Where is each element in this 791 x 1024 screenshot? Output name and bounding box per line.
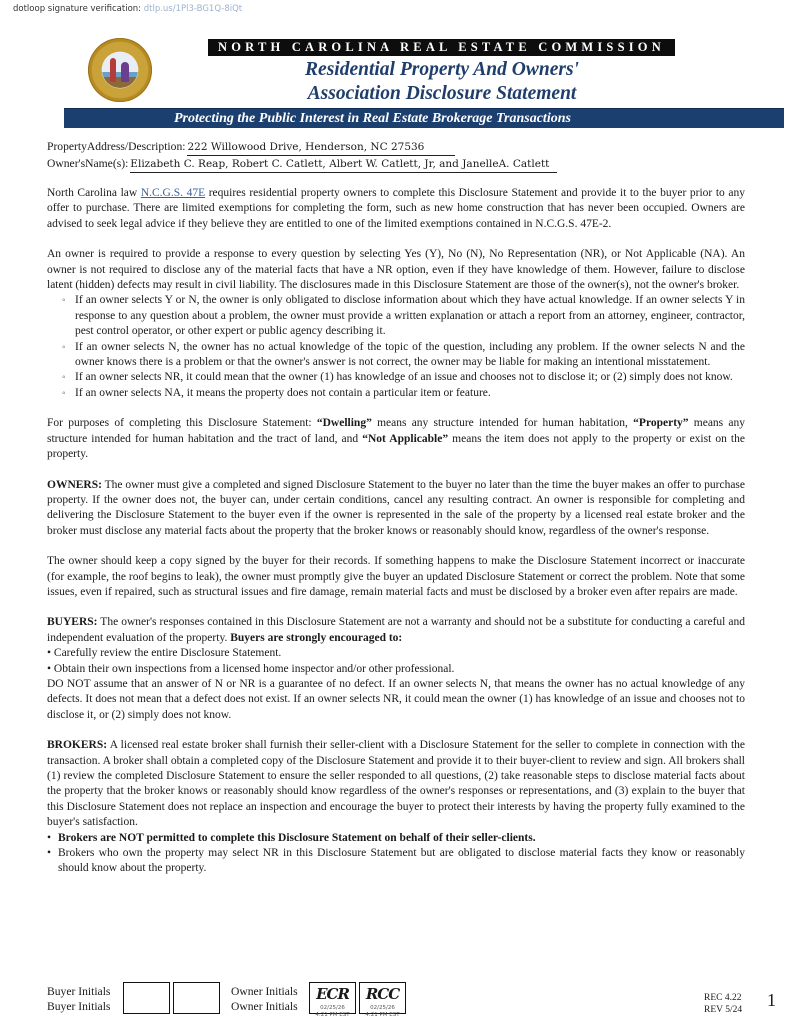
list-item: Brokers are NOT permitted to complete th… bbox=[58, 831, 745, 846]
address-row: PropertyAddress/Description: 222 Willowo… bbox=[47, 139, 557, 156]
brokers-text: A licensed real estate broker shall furn… bbox=[47, 739, 745, 828]
list-item: If an owner selects Y or N, the owner is… bbox=[75, 293, 745, 339]
owner-signature-initials: ECR bbox=[310, 983, 355, 1005]
title-line-1: Residential Property And Owners' bbox=[200, 58, 684, 82]
brokers-heading: BROKERS: bbox=[47, 739, 107, 751]
term-not-applicable: “Not Applicable” bbox=[362, 433, 448, 445]
buyers-emphasis: Buyers are strongly encouraged to: bbox=[230, 632, 402, 644]
form-code: REC 4.22 bbox=[704, 992, 742, 1004]
list-item: If an owner selects NR, it could mean th… bbox=[75, 370, 745, 385]
list-item-text: Carefully review the entire Disclosure S… bbox=[54, 647, 281, 659]
statute-link[interactable]: N.C.G.S. 47E bbox=[141, 187, 205, 199]
buyer-initials-label: Buyer Initials bbox=[47, 984, 110, 999]
intro-text-pre: North Carolina law bbox=[47, 187, 141, 199]
owner-initials-labels: Owner Initials Owner Initials bbox=[231, 984, 298, 1014]
definitions-paragraph: For purposes of completing this Disclosu… bbox=[47, 416, 745, 462]
form-revision: REC 4.22 REV 5/24 bbox=[704, 992, 742, 1016]
owners-text: The owner must give a completed and sign… bbox=[47, 479, 745, 537]
owner-initials-label: Owner Initials bbox=[231, 984, 298, 999]
buyers-warning: DO NOT assume that an answer of N or NR … bbox=[47, 677, 745, 723]
seal-center bbox=[102, 52, 138, 88]
signature-timestamp: 02/25/26 4:21 PM EST bbox=[308, 1005, 357, 1019]
owner-initials-box-2[interactable]: RCC 02/25/26 4:21 PM EST bbox=[359, 982, 406, 1014]
buyer-initials-labels: Buyer Initials Buyer Initials bbox=[47, 984, 110, 1014]
buyers-heading: BUYERS: bbox=[47, 616, 97, 628]
list-item: If an owner selects N, the owner has no … bbox=[75, 340, 745, 371]
list-item: • Carefully review the entire Disclosure… bbox=[47, 646, 745, 661]
owner-signature-initials: RCC bbox=[360, 983, 405, 1005]
tagline-bar: Protecting the Public Interest in Real E… bbox=[64, 108, 784, 128]
list-item: If an owner selects NA, it means the pro… bbox=[75, 386, 745, 401]
responses-paragraph: An owner is required to provide a respon… bbox=[47, 247, 745, 293]
document-body: North Carolina law N.C.G.S. 47E requires… bbox=[47, 186, 745, 877]
revision-date: REV 5/24 bbox=[704, 1004, 742, 1016]
list-item-text: Obtain their own inspections from a lice… bbox=[54, 663, 454, 675]
owners-heading: OWNERS: bbox=[47, 479, 102, 491]
brokers-paragraph: BROKERS: A licensed real estate broker s… bbox=[47, 738, 745, 830]
list-item-text: Brokers are NOT permitted to complete th… bbox=[58, 832, 536, 844]
definitions-text: For purposes of completing this Disclosu… bbox=[47, 417, 317, 429]
seal-figure-plenty bbox=[121, 62, 129, 82]
nc-state-seal-icon bbox=[88, 38, 152, 102]
signature-verification: dotloop signature verification: dtlp.us/… bbox=[13, 4, 242, 14]
address-field[interactable]: 222 Willowood Drive, Henderson, NC 27536 bbox=[187, 139, 455, 156]
owners-label: Owner'sName(s): bbox=[47, 156, 128, 172]
commission-banner: NORTH CAROLINA REAL ESTATE COMMISSION bbox=[208, 39, 675, 56]
owners-copy-paragraph: The owner should keep a copy signed by t… bbox=[47, 554, 745, 600]
owners-field[interactable]: Elizabeth C. Reap, Robert C. Catlett, Al… bbox=[130, 156, 557, 173]
buyers-list: • Carefully review the entire Disclosure… bbox=[47, 646, 745, 677]
property-fields: PropertyAddress/Description: 222 Willowo… bbox=[47, 139, 557, 173]
title-line-2: Association Disclosure Statement bbox=[200, 82, 684, 106]
list-item: Brokers who own the property may select … bbox=[58, 846, 745, 877]
address-label: PropertyAddress/Description: bbox=[47, 139, 185, 155]
list-item: • Obtain their own inspections from a li… bbox=[47, 662, 745, 677]
responses-list: If an owner selects Y or N, the owner is… bbox=[47, 293, 745, 401]
page-footer: Buyer Initials Buyer Initials Owner Init… bbox=[47, 982, 787, 1024]
buyer-initials-label: Buyer Initials bbox=[47, 999, 110, 1014]
signature-time: 4:21 PM EST bbox=[308, 1012, 357, 1019]
term-dwelling: “Dwelling” bbox=[317, 417, 372, 429]
verification-link[interactable]: dtlp.us/1Pl3-BG1Q-8iQt bbox=[144, 4, 242, 14]
owners-row: Owner'sName(s): Elizabeth C. Reap, Rober… bbox=[47, 156, 557, 173]
verification-label: dotloop signature verification: bbox=[13, 4, 141, 14]
signature-date: 02/25/26 bbox=[358, 1005, 407, 1012]
owner-initials-label: Owner Initials bbox=[231, 999, 298, 1014]
intro-paragraph: North Carolina law N.C.G.S. 47E requires… bbox=[47, 186, 745, 232]
term-property: “Property” bbox=[633, 417, 688, 429]
signature-time: 4:21 PM EST bbox=[358, 1012, 407, 1019]
buyer-initials-box-1[interactable] bbox=[123, 982, 170, 1014]
buyers-paragraph: BUYERS: The owner's responses contained … bbox=[47, 615, 745, 646]
definitions-text: means any structure intended for human h… bbox=[372, 417, 633, 429]
seal-figure-liberty bbox=[110, 58, 116, 82]
buyer-initials-box-2[interactable] bbox=[173, 982, 220, 1014]
signature-timestamp: 02/25/26 4:21 PM EST bbox=[358, 1005, 407, 1019]
signature-date: 02/25/26 bbox=[308, 1005, 357, 1012]
owner-initials-box-1[interactable]: ECR 02/25/26 4:21 PM EST bbox=[309, 982, 356, 1014]
page-title: Residential Property And Owners' Associa… bbox=[200, 58, 684, 106]
owners-paragraph: OWNERS: The owner must give a completed … bbox=[47, 478, 745, 540]
page-number: 1 bbox=[767, 990, 776, 1011]
brokers-list: Brokers are NOT permitted to complete th… bbox=[47, 831, 745, 877]
